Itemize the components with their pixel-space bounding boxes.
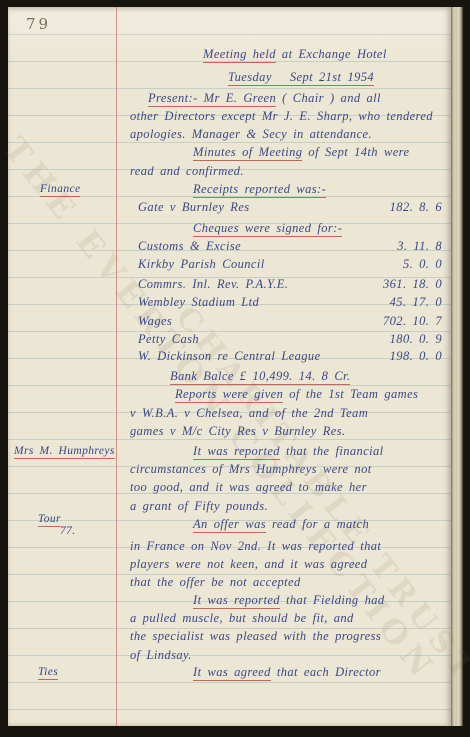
minutes-line: Cheques were signed for:- bbox=[193, 221, 342, 236]
minutes-line: a grant of Fifty pounds. bbox=[130, 499, 268, 514]
minutes-line: games v M/c City Res v Burnley Res. bbox=[130, 424, 345, 439]
text-segment: read for a match bbox=[266, 517, 369, 531]
minutes-line: the specialist was pleased with the prog… bbox=[130, 629, 381, 644]
text-segment: Customs & Excise bbox=[138, 239, 241, 253]
text-segment: apologies. Manager & Secy in attendance. bbox=[130, 127, 372, 141]
text-segment: 77. bbox=[60, 525, 76, 537]
text-segment: at Exchange Hotel bbox=[276, 47, 387, 61]
minutes-line: Customs & Excise bbox=[138, 239, 241, 254]
minutes-line: that the offer be not accepted bbox=[130, 575, 301, 590]
text-segment: that Fielding had bbox=[280, 593, 385, 607]
text-segment: Commrs. Inl. Rev. P.A.Y.E. bbox=[138, 277, 288, 291]
underlined-phrase: It was reported bbox=[193, 444, 280, 460]
text-segment: the specialist was pleased with the prog… bbox=[130, 629, 381, 643]
text-segment: that each Director bbox=[271, 665, 381, 679]
text-segment: Gate v Burnley Res bbox=[138, 200, 250, 214]
amount-value: 180. 0. 9 bbox=[330, 332, 442, 347]
margin-note: Ties bbox=[38, 665, 58, 680]
underlined-phrase: It was agreed bbox=[193, 665, 271, 681]
text-segment: Kirkby Parish Council bbox=[138, 257, 265, 271]
minutes-line: Minutes of Meeting of Sept 14th were bbox=[193, 145, 409, 160]
amount-value: 702. 10. 7 bbox=[330, 314, 442, 329]
minutes-line: read and confirmed. bbox=[130, 164, 244, 179]
page-number: 79 bbox=[26, 15, 51, 33]
minutes-line: It was reported that the financial bbox=[193, 444, 384, 459]
margin-note: Finance bbox=[40, 182, 80, 197]
amount-value: 5. 0. 0 bbox=[330, 257, 442, 272]
margin-note: 77. bbox=[60, 524, 76, 539]
text-segment: read and confirmed. bbox=[130, 164, 244, 178]
amount-value: 3. 11. 8 bbox=[330, 239, 442, 254]
minutes-line: An offer was read for a match bbox=[193, 517, 369, 532]
text-segment: v W.B.A. v Chelsea, and of the 2nd Team bbox=[130, 406, 368, 420]
amount-value: 45. 17. 0 bbox=[330, 295, 442, 310]
amount-value: 361. 18. 0 bbox=[330, 277, 442, 292]
underlined-phrase: Reports were given bbox=[175, 387, 283, 403]
text-segment: W. Dickinson re Central League bbox=[138, 349, 321, 363]
text-segment: other Directors except Mr J. E. Sharp, w… bbox=[130, 109, 433, 123]
text-segment: Wembley Stadium Ltd bbox=[138, 295, 259, 309]
text-segment: of Sept 14th were bbox=[302, 145, 409, 159]
text-segment: of Lindsay. bbox=[130, 648, 192, 662]
text-segment: ( Chair ) and all bbox=[276, 91, 381, 105]
amount-value: 182. 8. 6 bbox=[330, 200, 442, 215]
underlined-phrase: Receipts reported was:- bbox=[193, 182, 326, 198]
underlined-phrase: Meeting held bbox=[203, 47, 276, 63]
minutes-line: Wages bbox=[138, 314, 172, 329]
minutes-line: It was agreed that each Director bbox=[193, 665, 381, 680]
minutes-line: Present:- Mr E. Green ( Chair ) and all bbox=[148, 91, 381, 106]
minutes-line: Receipts reported was:- bbox=[193, 182, 326, 197]
minutes-line: Gate v Burnley Res bbox=[138, 200, 250, 215]
underlined-phrase: Ties bbox=[38, 666, 58, 680]
margin-note: Tour bbox=[38, 512, 61, 527]
text-segment: of the 1st Team games bbox=[283, 387, 418, 401]
text-segment: games v M/c City Res v Burnley Res. bbox=[130, 424, 345, 438]
minutes-line: Kirkby Parish Council bbox=[138, 257, 265, 272]
margin-note: Mrs M. Humphreys bbox=[14, 444, 115, 459]
minutes-line: It was reported that Fielding had bbox=[193, 593, 385, 608]
minutes-line: a pulled muscle, but should be fit, and bbox=[130, 611, 354, 626]
text-segment: that the financial bbox=[280, 444, 384, 458]
minutes-line: Commrs. Inl. Rev. P.A.Y.E. bbox=[138, 277, 288, 292]
minutes-line: other Directors except Mr J. E. Sharp, w… bbox=[130, 109, 433, 124]
underlined-phrase: Mrs M. Humphreys bbox=[14, 445, 115, 459]
underlined-phrase: Tuesday Sept 21st 1954 bbox=[228, 70, 374, 86]
text-segment: too good, and it was agreed to make her bbox=[130, 480, 367, 494]
text-segment: a pulled muscle, but should be fit, and bbox=[130, 611, 354, 625]
minutes-line: in France on Nov 2nd. It was reported th… bbox=[130, 539, 381, 554]
text-segment: players were not keen, and it was agreed bbox=[130, 557, 367, 571]
minutes-line: v W.B.A. v Chelsea, and of the 2nd Team bbox=[130, 406, 368, 421]
text-segment: Petty Cash bbox=[138, 332, 199, 346]
text-segment: circumstances of Mrs Humphreys were not bbox=[130, 462, 372, 476]
underlined-phrase: Present:- Mr E. Green bbox=[148, 91, 276, 107]
underlined-phrase: Tour bbox=[38, 513, 61, 527]
text-segment: Wages bbox=[138, 314, 172, 328]
amount-value: 198. 0. 0 bbox=[330, 349, 442, 364]
minutes-line: circumstances of Mrs Humphreys were not bbox=[130, 462, 372, 477]
minutes-line: Bank Balce £ 10,499. 14. 8 Cr. bbox=[170, 369, 350, 384]
underlined-phrase: It was reported bbox=[193, 593, 280, 609]
underlined-phrase: Minutes of Meeting bbox=[193, 145, 302, 161]
underlined-phrase: Finance bbox=[40, 183, 80, 197]
text-segment: in France on Nov 2nd. It was reported th… bbox=[130, 539, 381, 553]
minutes-line: too good, and it was agreed to make her bbox=[130, 480, 367, 495]
underlined-phrase: Bank Balce £ 10,499. 14. 8 Cr. bbox=[170, 369, 350, 385]
minutes-line: Meeting held at Exchange Hotel bbox=[203, 47, 387, 62]
minutes-line: Petty Cash bbox=[138, 332, 199, 347]
book-page-edge bbox=[451, 7, 463, 726]
minutes-line: Reports were given of the 1st Team games bbox=[175, 387, 418, 402]
underlined-phrase: An offer was bbox=[193, 517, 266, 533]
scanned-minute-book: 79 THE EVERTON COLLECTION CHARITABLE TRU… bbox=[0, 0, 470, 737]
minutes-line: W. Dickinson re Central League bbox=[138, 349, 321, 364]
minutes-line: apologies. Manager & Secy in attendance. bbox=[130, 127, 372, 142]
minutes-line: Wembley Stadium Ltd bbox=[138, 295, 259, 310]
minutes-line: Tuesday Sept 21st 1954 bbox=[228, 70, 374, 85]
minutes-line: players were not keen, and it was agreed bbox=[130, 557, 367, 572]
text-segment: that the offer be not accepted bbox=[130, 575, 301, 589]
minutes-line: of Lindsay. bbox=[130, 648, 192, 663]
text-segment: a grant of Fifty pounds. bbox=[130, 499, 268, 513]
underlined-phrase: Cheques were signed for:- bbox=[193, 221, 342, 237]
red-margin-rule bbox=[116, 7, 117, 726]
